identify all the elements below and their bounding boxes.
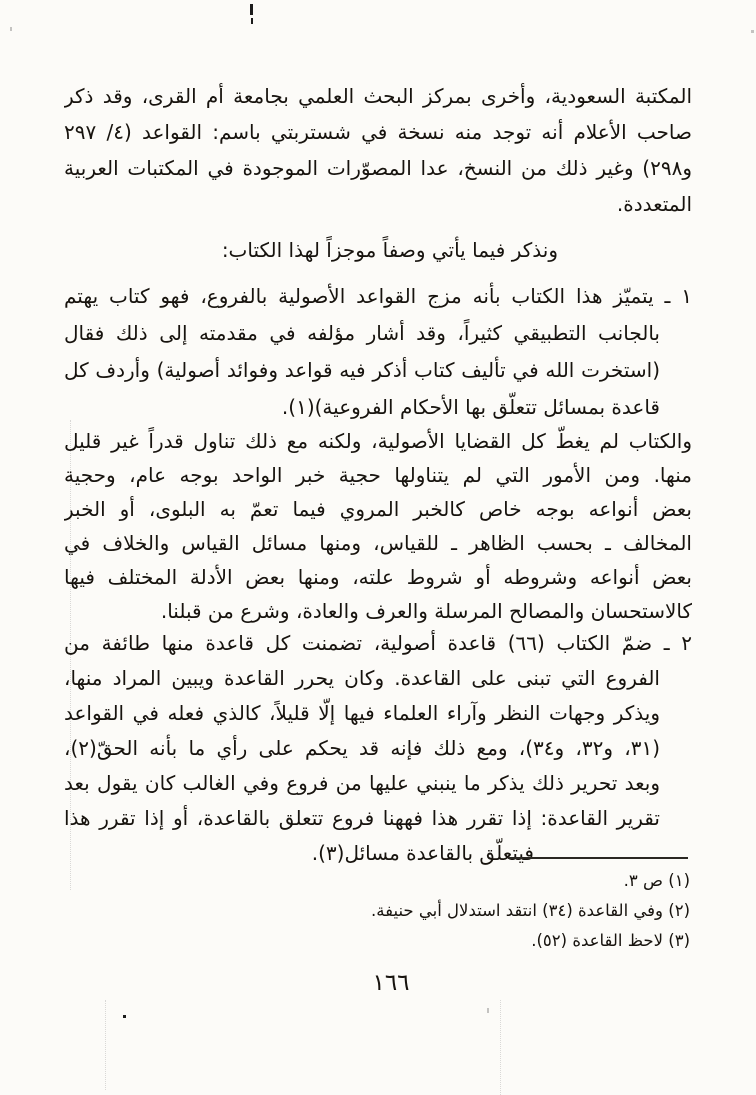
text-line: (٣١، و٣٢، و٣٤)، ومع ذلك فإنه قد يحكم على… [64, 731, 692, 766]
text-line: بعض أنواعه بوجه خاص كالخبر المروي فيما ت… [64, 492, 692, 526]
page-number: ١٦٦ [13, 970, 756, 996]
paragraph-intro: ونذكر فيما يأتي وصفاً موجزاً لهذا الكتاب… [64, 232, 692, 268]
list-item-2: ٢ ـ ضمّ الكتاب (٦٦) قاعدة أصولية، تضمنت … [64, 626, 692, 871]
scan-noise-line [105, 1000, 106, 1090]
footnote-3: (٣) لاحظ القاعدة (٥٢). [64, 926, 690, 956]
text-line: قاعدة بمسائل تتعلّق بها الأحكام الفروعية… [64, 389, 692, 426]
text-line: والكتاب لم يغطّ كل القضايا الأصولية، ولك… [64, 424, 692, 458]
text-line: ويذكر وجهات النظر وآراء العلماء فيها إلّ… [64, 696, 692, 731]
text-line: بالجانب التطبيقي كثيراً، وقد أشار مؤلفه … [64, 315, 692, 352]
text-line: منها. ومن الأمور التي لم يتناولها حجية خ… [64, 458, 692, 492]
text-line: (استخرت الله في تأليف كتاب أذكر فيه قواع… [64, 352, 692, 389]
paragraph-coverage: والكتاب لم يغطّ كل القضايا الأصولية، ولك… [64, 424, 692, 628]
scan-noise-line [500, 1000, 501, 1095]
scanned-book-page: المكتبة السعودية، وأخرى بمركز البحث العل… [0, 0, 756, 1095]
scan-speck [751, 30, 754, 33]
text-line: ونذكر فيما يأتي وصفاً موجزاً لهذا الكتاب… [64, 232, 692, 268]
text-line: الفروع التي تبنى على القاعدة. وكان يحرر … [64, 661, 692, 696]
scan-speck [10, 27, 12, 31]
scan-speck [123, 1015, 126, 1018]
list-item-1: ١ ـ يتميّز هذا الكتاب بأنه مزج القواعد ا… [64, 278, 692, 426]
text-line: صاحب الأعلام أنه توجد منه نسخة في شستربت… [64, 114, 692, 150]
text-line: وبعد تحرير ذلك يذكر ما ينبني عليها من فر… [64, 766, 692, 801]
paragraph-libraries: المكتبة السعودية، وأخرى بمركز البحث العل… [64, 78, 692, 222]
text-line: كالاستحسان والمصالح المرسلة والعرف والعا… [64, 594, 692, 628]
scan-mark [250, 4, 253, 15]
text-line: المخالف ـ بحسب الظاهر ـ للقياس، ومنها مس… [64, 526, 692, 560]
text-line: ١ ـ يتميّز هذا الكتاب بأنه مزج القواعد ا… [64, 278, 692, 315]
scan-speck [487, 1008, 489, 1013]
text-line: ٢ ـ ضمّ الكتاب (٦٦) قاعدة أصولية، تضمنت … [64, 626, 692, 661]
scan-mark [251, 18, 253, 24]
text-line: تقرير القاعدة: إذا تقرر هذا فههنا فروع ت… [64, 801, 692, 836]
text-line: بعض أنواعه وشروطه أو شروط علته، ومنها بع… [64, 560, 692, 594]
footnote-1: (١) ص ٣. [64, 866, 690, 896]
footnote-divider [508, 857, 688, 859]
footnote-2: (٢) وفي القاعدة (٣٤) انتقد استدلال أبي ح… [64, 896, 690, 926]
text-line: و٢٩٨) وغير ذلك من النسخ، عدا المصوّرات ا… [64, 150, 692, 186]
footnotes: (١) ص ٣. (٢) وفي القاعدة (٣٤) انتقد استد… [64, 866, 690, 956]
text-line: المتعددة. [64, 186, 692, 222]
text-line: المكتبة السعودية، وأخرى بمركز البحث العل… [64, 78, 692, 114]
